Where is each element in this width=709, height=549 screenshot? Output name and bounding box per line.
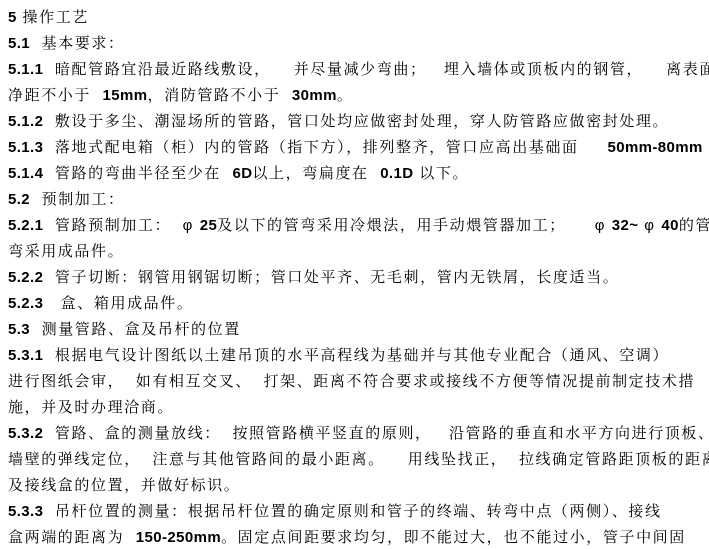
measurement-text: 5.3 bbox=[8, 321, 30, 338]
document-line: 5.1.3 落地式配电箱（柜）内的管路（指下方），排列整齐，管口应高出基础面 5… bbox=[8, 135, 700, 161]
body-text: 管路的弯曲半径至少在 bbox=[43, 165, 232, 182]
document-page: 5 操作工艺5.1 基本要求：5.1.1 暗配管路宜沿最近路线敷设， 并尽量减少… bbox=[0, 0, 709, 549]
document-line: 及接线盒的位置，并做好标识。 bbox=[8, 473, 700, 499]
measurement-text: 5.3.2 bbox=[8, 425, 43, 442]
document-line: 5.3.2 管路、盒的测量放线： 按照管路横平竖直的原则， 沿管路的垂直和水平方… bbox=[8, 421, 700, 447]
document-line: 弯采用成品件。 bbox=[8, 239, 700, 265]
document-line: 5.3 测量管路、盒及吊杆的位置 bbox=[8, 317, 700, 343]
document-line: 5.3.1 根据电气设计图纸以土建吊顶的水平高程线为基础并与其他专业配合（通风、… bbox=[8, 343, 700, 369]
body-text: 盒、箱用成品件。 bbox=[43, 295, 193, 312]
measurement-text: 5.1.2 bbox=[8, 113, 43, 130]
body-text: 净距不小于 bbox=[8, 87, 103, 104]
body-text: 。固定点间距要求均匀，即不能过大，也不能过小，管子中间固 bbox=[221, 529, 686, 546]
measurement-text: 5.2 bbox=[8, 191, 30, 208]
measurement-text: 6D bbox=[232, 165, 252, 182]
body-text: 基本要求： bbox=[30, 35, 125, 52]
body-text: 及接线盒的位置，并做好标识。 bbox=[8, 477, 240, 494]
measurement-text: 5.2.1 bbox=[8, 217, 43, 234]
document-line: 净距不小于 15mm，消防管路不小于 30mm。 bbox=[8, 83, 700, 109]
body-text: 施，并及时办理洽商。 bbox=[8, 399, 174, 416]
document-line: 进行图纸会审， 如有相互交叉、 打架、距离不符合要求或接线不方便等情况提前制定技… bbox=[8, 369, 700, 395]
body-text: 及以下的管弯采用冷煨法，用手动煨管器加工； φ bbox=[217, 217, 612, 234]
body-text: 暗配管路宜沿最近路线敷设， 并尽量减少弯曲； 埋入墙体或顶板内的钢管， 离表面的 bbox=[43, 61, 709, 78]
measurement-text: 5.1.3 bbox=[8, 139, 43, 156]
body-text: 以上，弯扁度在 bbox=[252, 165, 380, 182]
measurement-text: 5.3.1 bbox=[8, 347, 43, 364]
body-text: 根据电气设计图纸以土建吊顶的水平高程线为基础并与其他专业配合（通风、空调） bbox=[43, 347, 669, 364]
measurement-text: 25 bbox=[200, 217, 218, 234]
body-text: 落地式配电箱（柜）内的管路（指下方），排列整齐，管口应高出基础面 bbox=[43, 139, 607, 156]
body-text: 进行图纸会审， 如有相互交叉、 打架、距离不符合要求或接线不方便等情况提前制定技… bbox=[8, 373, 695, 390]
body-text: 墙壁的弹线定位， 注意与其他管路间的最小距离。 用线坠找正， 拉线确定管路距顶板… bbox=[8, 451, 709, 468]
document-line: 5 操作工艺 bbox=[8, 5, 700, 31]
body-text: 弯采用成品件。 bbox=[8, 243, 124, 260]
measurement-text: 32~ bbox=[612, 217, 639, 234]
measurement-text: 5 bbox=[8, 9, 17, 26]
measurement-text: 150-250mm bbox=[136, 529, 221, 546]
body-text: 以下。 bbox=[413, 165, 469, 182]
body-text: 吊杆位置的测量：根据吊杆位置的确定原则和管子的终端、转弯中点（两侧）、接线 bbox=[43, 503, 661, 520]
document-line: 5.1.4 管路的弯曲半径至少在 6D以上，弯扁度在 0.1D 以下。 bbox=[8, 161, 700, 187]
body-text: ，消防管路不小于 bbox=[148, 87, 292, 104]
body-text: 。 bbox=[337, 87, 354, 104]
measurement-text: 5.1.1 bbox=[8, 61, 43, 78]
document-line: 施，并及时办理洽商。 bbox=[8, 395, 700, 421]
body-text: 盒两端的距离为 bbox=[8, 529, 136, 546]
measurement-text: 0.1D bbox=[380, 165, 413, 182]
body-text: 预制加工： bbox=[30, 191, 125, 208]
document-line: 5.1.2 敷设于多尘、潮湿场所的管路，管口处均应做密封处理，穿人防管路应做密封… bbox=[8, 109, 700, 135]
body-text: 管路、盒的测量放线： 按照管路横平竖直的原则， 沿管路的垂直和水平方向进行顶板、 bbox=[43, 425, 709, 442]
document-line: 5.3.3 吊杆位置的测量：根据吊杆位置的确定原则和管子的终端、转弯中点（两侧）… bbox=[8, 499, 700, 525]
document-line: 5.2.2 管子切断：钢管用钢锯切断；管口处平齐、无毛刺，管内无铁屑，长度适当。 bbox=[8, 265, 700, 291]
document-line: 5.2.3 盒、箱用成品件。 bbox=[8, 291, 700, 317]
measurement-text: 5.2.2 bbox=[8, 269, 43, 286]
measurement-text: 30mm bbox=[292, 87, 337, 104]
document-line: 5.1 基本要求： bbox=[8, 31, 700, 57]
measurement-text: 40 bbox=[661, 217, 679, 234]
body-text: 管路预制加工： φ bbox=[43, 217, 199, 234]
document-line: 5.2 预制加工： bbox=[8, 187, 700, 213]
body-text: 的管 bbox=[679, 217, 709, 234]
body-text: 测量管路、盒及吊杆的位置 bbox=[30, 321, 241, 338]
body-text: 管子切断：钢管用钢锯切断；管口处平齐、无毛刺，管内无铁屑，长度适当。 bbox=[43, 269, 619, 286]
body-text: 操作工艺 bbox=[17, 9, 89, 26]
measurement-text: 50mm-80mm bbox=[607, 139, 702, 156]
body-text: φ bbox=[638, 217, 661, 234]
document-line: 5.2.1 管路预制加工： φ 25及以下的管弯采用冷煨法，用手动煨管器加工； … bbox=[8, 213, 700, 239]
document-line: 墙壁的弹线定位， 注意与其他管路间的最小距离。 用线坠找正， 拉线确定管路距顶板… bbox=[8, 447, 700, 473]
document-line: 盒两端的距离为 150-250mm。固定点间距要求均匀，即不能过大，也不能过小，… bbox=[8, 525, 700, 549]
measurement-text: 5.1.4 bbox=[8, 165, 43, 182]
measurement-text: 15mm bbox=[103, 87, 148, 104]
measurement-text: 5.3.3 bbox=[8, 503, 43, 520]
measurement-text: 5.1 bbox=[8, 35, 30, 52]
measurement-text: 5.2.3 bbox=[8, 295, 43, 312]
body-text: 敷设于多尘、潮湿场所的管路，管口处均应做密封处理，穿人防管路应做密封处理。 bbox=[43, 113, 669, 130]
document-line: 5.1.1 暗配管路宜沿最近路线敷设， 并尽量减少弯曲； 埋入墙体或顶板内的钢管… bbox=[8, 57, 700, 83]
